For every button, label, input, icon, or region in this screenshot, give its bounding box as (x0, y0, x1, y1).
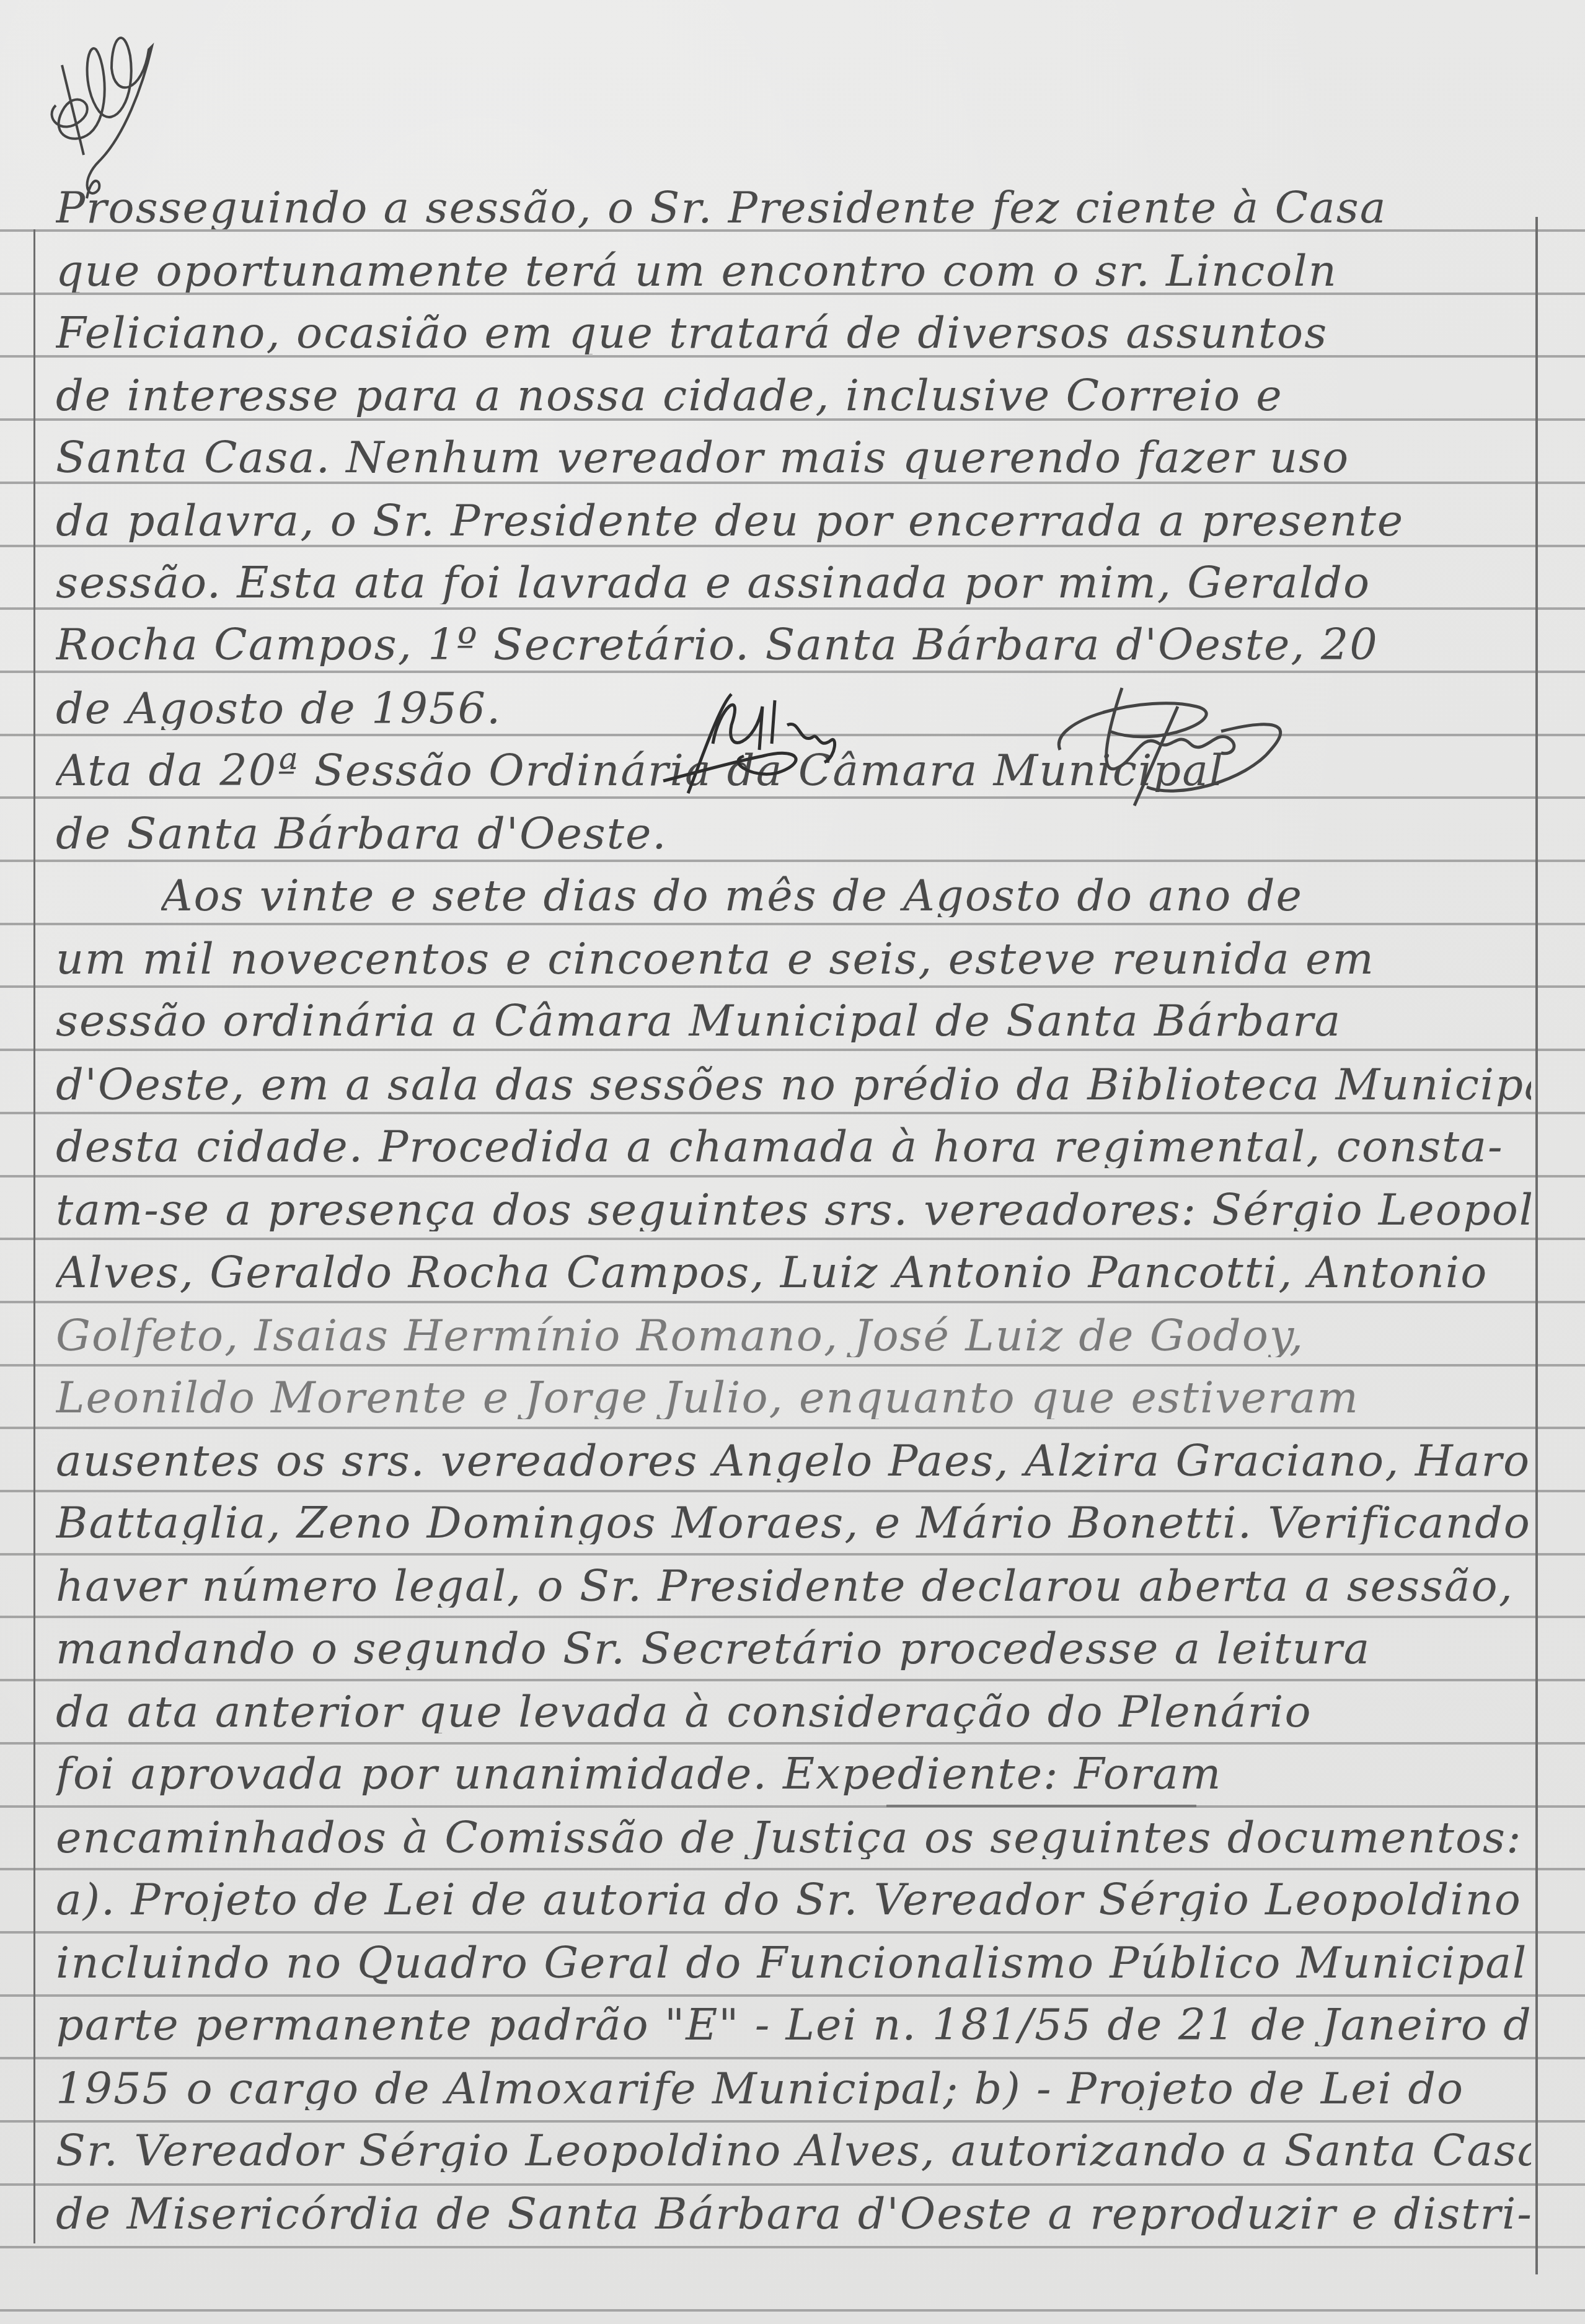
ruled-line (0, 545, 1585, 547)
ruled-line (0, 2120, 1585, 2123)
text-line: Rocha Campos, 1º Secretário. Santa Bárba… (56, 623, 1531, 666)
text-line: Golfeto, Isaias Hermínio Romano, José Lu… (56, 1314, 1531, 1357)
right-margin-line (1535, 217, 1538, 2274)
text-line: mandando o segundo Sr. Secretário proced… (56, 1627, 1531, 1670)
text-line: sessão. Esta ata foi lavrada e assinada … (56, 561, 1531, 604)
text-line: Leonildo Morente e Jorge Julio, enquanto… (56, 1376, 1531, 1419)
text-line: haver número legal, o Sr. Presidente dec… (56, 1564, 1531, 1608)
ruled-line (0, 2246, 1585, 2248)
text-line: ausentes os srs. vereadores Angelo Paes,… (56, 1439, 1531, 1482)
text-line: Santa Casa. Nenhum vereador mais querend… (56, 436, 1531, 479)
text-line: da ata anterior que levada à consideraçã… (56, 1690, 1531, 1733)
ruled-line (0, 2057, 1585, 2059)
text-line: 1955 o cargo de Almoxarife Municipal; b)… (56, 2067, 1531, 2110)
text-line: sessão ordinária a Câmara Municipal de S… (56, 999, 1531, 1042)
ruled-line (0, 1364, 1585, 1367)
ruled-line (0, 1301, 1585, 1303)
ruled-line (0, 1427, 1585, 1429)
ruled-line (0, 229, 1585, 232)
ruled-line (0, 1868, 1585, 1870)
text-line: a). Projeto de Lei de autoria do Sr. Ver… (56, 1878, 1531, 1921)
text-line: d'Oeste, em a sala das sessões no prédio… (56, 1063, 1531, 1106)
text-line: de Misericórdia de Santa Bárbara d'Oeste… (56, 2192, 1531, 2235)
top-signature-icon (37, 12, 161, 213)
ruled-line (0, 1112, 1585, 1114)
ruled-line (0, 923, 1585, 925)
ruled-line (0, 2183, 1585, 2186)
text-line: que oportunamente terá um encontro com o… (56, 249, 1531, 293)
ruled-line (0, 1175, 1585, 1177)
ruled-line (0, 1553, 1585, 1556)
text-line: Aos vinte e sete dias do mês de Agosto d… (161, 874, 1585, 917)
left-margin-line (33, 229, 35, 2243)
expediente-underline (886, 1805, 1196, 1807)
text-line: Feliciano, ocasião em que tratará de div… (56, 311, 1531, 354)
text-line: Alves, Geraldo Rocha Campos, Luiz Antoni… (56, 1251, 1531, 1294)
text-line: desta cidade. Procedida a chamada à hora… (56, 1125, 1531, 1168)
ruled-line (0, 1994, 1585, 1997)
ruled-line (0, 355, 1585, 358)
ruled-line (0, 293, 1585, 295)
text-line: Prosseguindo a sessão, o Sr. Presidente … (56, 186, 1531, 229)
ruled-line (0, 2309, 1585, 2312)
ruled-line (0, 1490, 1585, 1492)
text-line: encaminhados à Comissão de Justiça os se… (56, 1816, 1531, 1859)
ruled-line (0, 1805, 1585, 1808)
text-line: de interesse para a nossa cidade, inclus… (56, 374, 1531, 417)
text-line: parte permanente padrão "E" - Lei n. 181… (56, 2003, 1531, 2046)
text-line: foi aprovada por unanimidade. Expediente… (56, 1752, 1531, 1795)
ruled-line (0, 1049, 1585, 1051)
signature-alves-icon (651, 669, 911, 808)
ruled-line (0, 1679, 1585, 1681)
text-line: Battaglia, Zeno Domingos Moraes, e Mário… (56, 1501, 1531, 1544)
text-line: incluindo no Quadro Geral do Funcionalis… (56, 1941, 1531, 1984)
ruled-line (0, 985, 1585, 988)
ruled-line (0, 860, 1585, 862)
ruled-line (0, 482, 1585, 484)
text-line: tam-se a presença dos seguintes srs. ver… (56, 1188, 1531, 1231)
signature-campos-icon (1035, 663, 1333, 827)
ruled-line (0, 1238, 1585, 1240)
text-line: Sr. Vereador Sérgio Leopoldino Alves, au… (56, 2129, 1531, 2172)
ruled-line (0, 1616, 1585, 1618)
ruled-line (0, 1742, 1585, 1745)
text-line: da palavra, o Sr. Presidente deu por enc… (56, 499, 1531, 542)
ruled-line (0, 1931, 1585, 1934)
text-line: um mil novecentos e cincoenta e seis, es… (56, 937, 1531, 980)
ruled-line (0, 418, 1585, 421)
ruled-line (0, 607, 1585, 610)
